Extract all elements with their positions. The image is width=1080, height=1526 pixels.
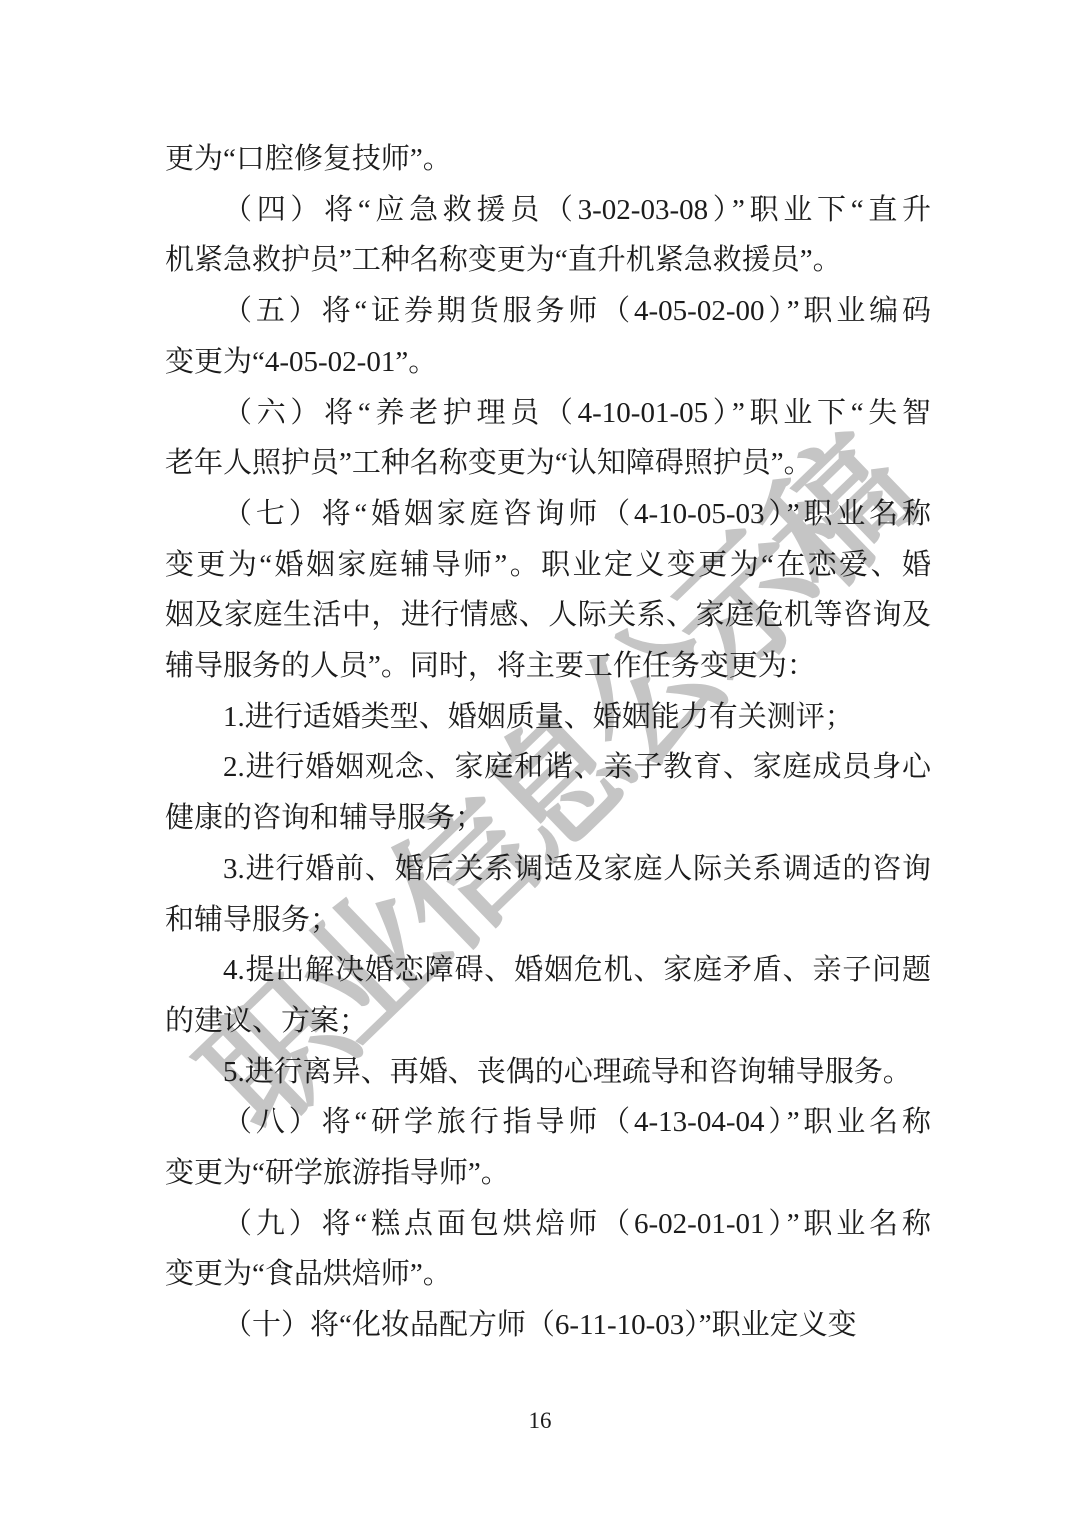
text-line: 姻及家庭生活中，进行情感、人际关系、家庭危机等咨询及 <box>165 590 931 641</box>
text-line: 变更为“4-05-02-01”。 <box>165 337 931 388</box>
document-body: 更为“口腔修复技师”。 （四）将“应急救援员（3-02-03-08）”职业下“直… <box>165 134 931 1351</box>
text-line: 2.进行婚姻观念、家庭和谐、亲子教育、家庭成员身心 <box>165 742 931 793</box>
text-line: （五）将“证券期货服务师（4-05-02-00）”职业编码 <box>165 286 931 337</box>
page-number: 16 <box>0 1408 1080 1434</box>
text-line: 变更为“研学旅游指导师”。 <box>165 1148 931 1199</box>
text-line: 健康的咨询和辅导服务； <box>165 793 931 844</box>
text-line: 的建议、方案； <box>165 996 931 1047</box>
text-line: （七）将“婚姻家庭咨询师（4-10-05-03）”职业名称 <box>165 489 931 540</box>
text-line: 1.进行适婚类型、婚姻质量、婚姻能力有关测评； <box>165 692 931 743</box>
text-line: 3.进行婚前、婚后关系调适及家庭人际关系调适的咨询 <box>165 844 931 895</box>
text-line: （四）将“应急救援员（3-02-03-08）”职业下“直升 <box>165 185 931 236</box>
text-line: 老年人照护员”工种名称变更为“认知障碍照护员”。 <box>165 438 931 489</box>
text-line: （九）将“糕点面包烘焙师（6-02-01-01）”职业名称 <box>165 1199 931 1250</box>
text-line: 机紧急救护员”工种名称变更为“直升机紧急救援员”。 <box>165 235 931 286</box>
document-page: 职业信息公示稿 更为“口腔修复技师”。 （四）将“应急救援员（3-02-03-0… <box>0 0 1080 1526</box>
text-line: （八）将“研学旅行指导师（4-13-04-04）”职业名称 <box>165 1097 931 1148</box>
text-line: （六）将“养老护理员（4-10-01-05）”职业下“失智 <box>165 388 931 439</box>
text-line: 和辅导服务； <box>165 895 931 946</box>
text-line: 5.进行离异、再婚、丧偶的心理疏导和咨询辅导服务。 <box>165 1047 931 1098</box>
text-line: （十）将“化妆品配方师（6-11-10-03）”职业定义变 <box>165 1300 931 1351</box>
text-line: 更为“口腔修复技师”。 <box>165 134 931 185</box>
text-line: 辅导服务的人员”。同时，将主要工作任务变更为： <box>165 641 931 692</box>
text-line: 4.提出解决婚恋障碍、婚姻危机、家庭矛盾、亲子问题 <box>165 945 931 996</box>
text-line: 变更为“婚姻家庭辅导师”。职业定义变更为“在恋爱、婚 <box>165 540 931 591</box>
text-line: 变更为“食品烘焙师”。 <box>165 1249 931 1300</box>
